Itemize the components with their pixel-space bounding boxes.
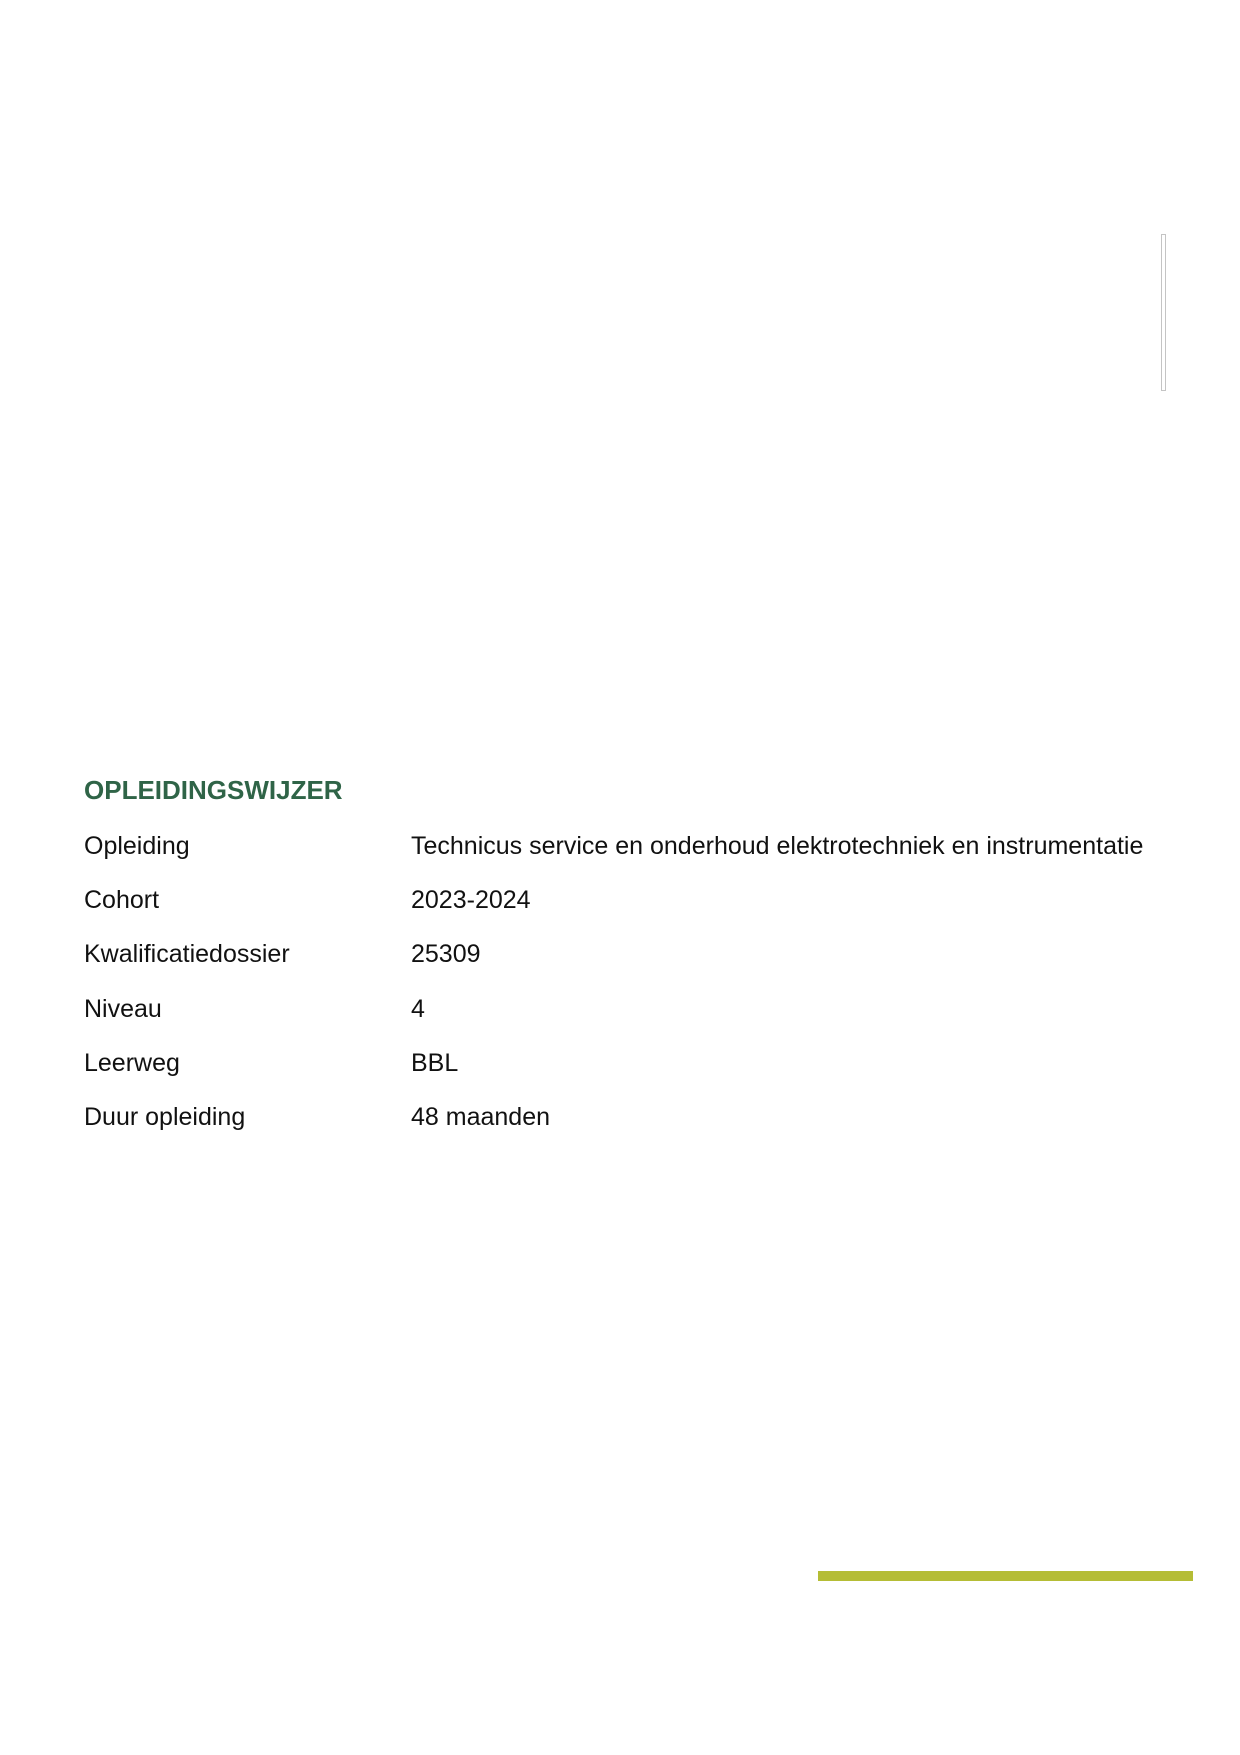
field-label: Duur opleiding	[84, 1090, 411, 1144]
info-row-leerweg: Leerweg BBL	[84, 1036, 1143, 1090]
field-value: Technicus service en onderhoud elektrote…	[411, 819, 1143, 873]
info-row-opleiding: Opleiding Technicus service en onderhoud…	[84, 819, 1143, 873]
field-value: 4	[411, 982, 1143, 1036]
field-value: 48 maanden	[411, 1090, 1143, 1144]
accent-bar	[818, 1571, 1193, 1581]
info-row-niveau: Niveau 4	[84, 982, 1143, 1036]
document-title: OPLEIDINGSWIJZER	[84, 774, 343, 806]
field-label: Niveau	[84, 982, 411, 1036]
field-value: 25309	[411, 927, 1143, 981]
field-label: Leerweg	[84, 1036, 411, 1090]
side-marker-frame	[1161, 234, 1166, 391]
field-label: Opleiding	[84, 819, 411, 873]
field-value: BBL	[411, 1036, 1143, 1090]
field-value: 2023-2024	[411, 873, 1143, 927]
program-info-table: Opleiding Technicus service en onderhoud…	[84, 819, 1143, 1144]
field-label: Kwalificatiedossier	[84, 927, 411, 981]
info-row-duur-opleiding: Duur opleiding 48 maanden	[84, 1090, 1143, 1144]
info-row-kwalificatiedossier: Kwalificatiedossier 25309	[84, 927, 1143, 981]
info-row-cohort: Cohort 2023-2024	[84, 873, 1143, 927]
field-label: Cohort	[84, 873, 411, 927]
